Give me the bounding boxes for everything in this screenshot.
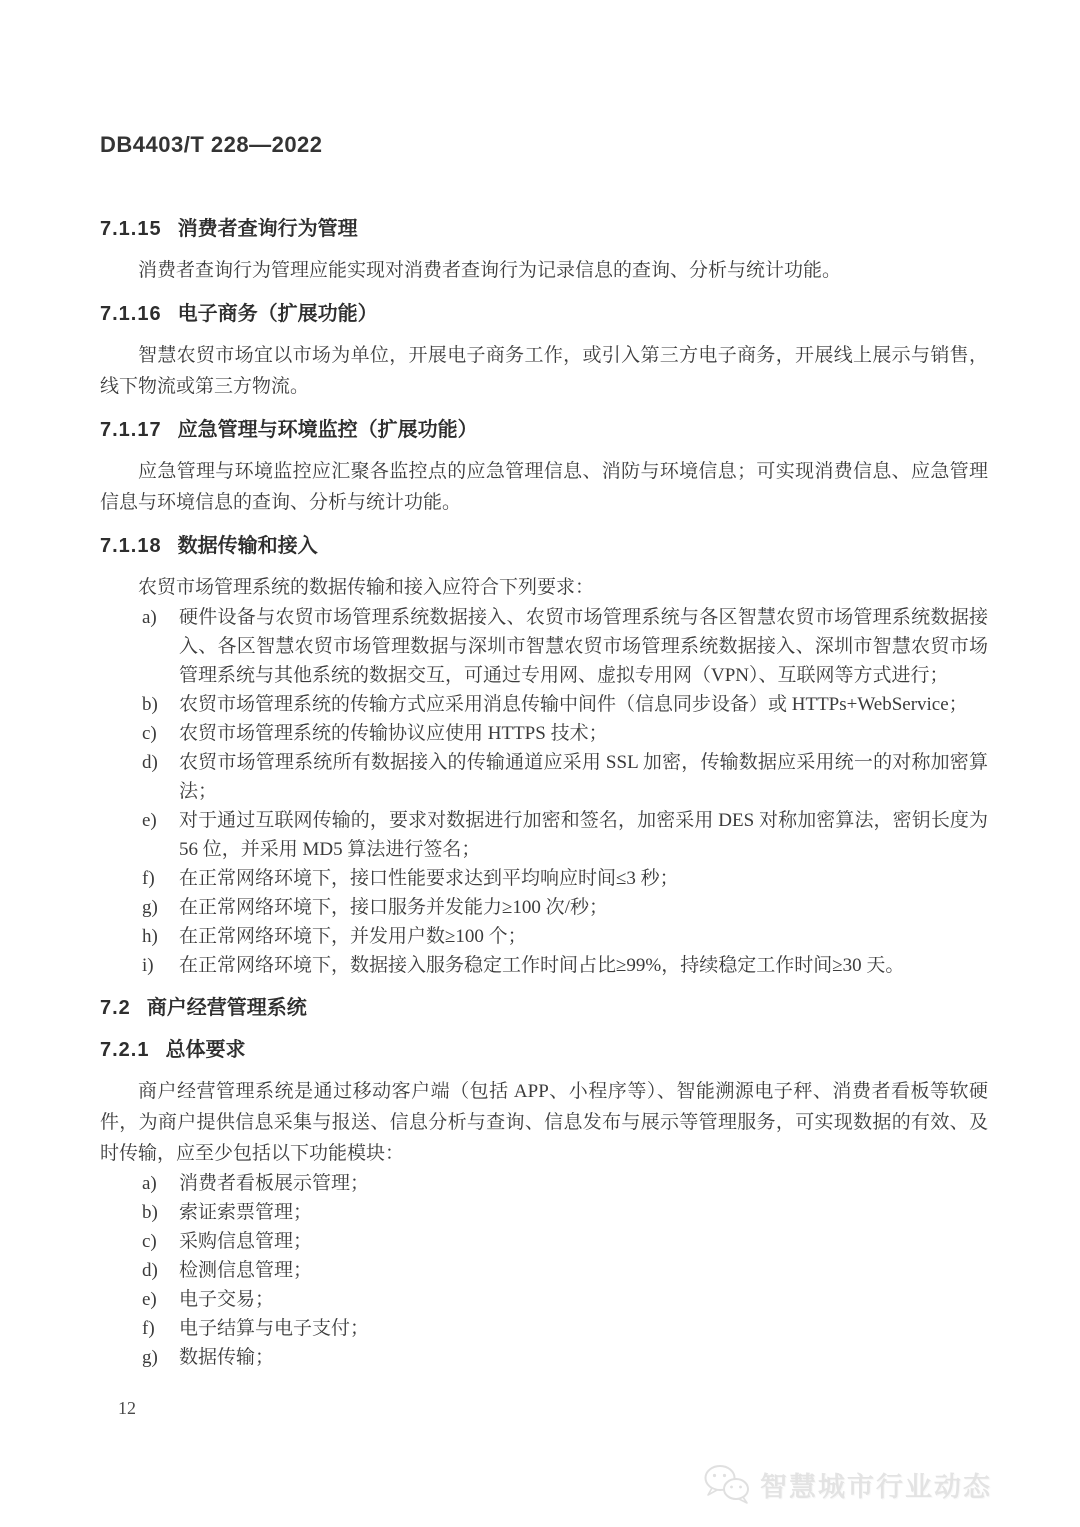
list-item-text: 采购信息管理； bbox=[179, 1231, 312, 1252]
list-item-label: e) bbox=[142, 806, 174, 835]
list-item-c: c)农贸市场管理系统的传输协议应使用 HTTPS 技术； bbox=[142, 719, 988, 748]
list-item-e: e)电子交易； bbox=[142, 1285, 988, 1314]
list-item-d: d)检测信息管理； bbox=[142, 1256, 988, 1285]
paragraph-7-2-1: 商户经营管理系统是通过移动客户端（包括 APP、小程序等）、智能溯源电子秤、消费… bbox=[100, 1076, 988, 1169]
section-number: 7.1.17 bbox=[100, 419, 162, 441]
document-page: DB4403/T 228—2022 7.1.15消费者查询行为管理 消费者查询行… bbox=[0, 0, 1080, 1527]
list-item-text: 硬件设备与农贸市场管理系统数据接入、农贸市场管理系统与各区智慧农贸市场管理系统数… bbox=[179, 607, 988, 686]
section-title: 电子商务（扩展功能） bbox=[178, 303, 378, 325]
list-item-a: a)消费者看板展示管理； bbox=[142, 1169, 988, 1198]
section-heading-7-2: 7.2商户经营管理系统 bbox=[100, 994, 988, 1022]
section-number: 7.1.16 bbox=[100, 303, 162, 325]
list-item-label: i) bbox=[142, 951, 174, 980]
list-item-h: h)在正常网络环境下，并发用户数≥100 个； bbox=[142, 922, 988, 951]
list-item-label: e) bbox=[142, 1285, 174, 1314]
list-item-text: 在正常网络环境下，数据接入服务稳定工作时间占比≥99%，持续稳定工作时间≥30 … bbox=[179, 955, 904, 976]
wechat-icon bbox=[701, 1463, 753, 1505]
list-item-label: a) bbox=[142, 603, 174, 632]
section-heading-7-2-1: 7.2.1总体要求 bbox=[100, 1036, 988, 1064]
section-title: 消费者查询行为管理 bbox=[178, 218, 358, 240]
page-number: 12 bbox=[118, 1398, 136, 1419]
section-number: 7.2 bbox=[100, 997, 131, 1019]
section-title: 总体要求 bbox=[165, 1039, 245, 1061]
list-item-i: i)在正常网络环境下，数据接入服务稳定工作时间占比≥99%，持续稳定工作时间≥3… bbox=[142, 951, 988, 980]
section-heading-7-1-17: 7.1.17应急管理与环境监控（扩展功能） bbox=[100, 416, 988, 444]
paragraph-7-1-17: 应急管理与环境监控应汇聚各监控点的应急管理信息、消防与环境信息；可实现消费信息、… bbox=[100, 456, 988, 518]
list-item-f: f)在正常网络环境下，接口性能要求达到平均响应时间≤3 秒； bbox=[142, 864, 988, 893]
list-item-label: b) bbox=[142, 1198, 174, 1227]
list-item-b: b)索证索票管理； bbox=[142, 1198, 988, 1227]
list-item-e: e)对于通过互联网传输的，要求对数据进行加密和签名，加密采用 DES 对称加密算… bbox=[142, 806, 988, 864]
list-item-b: b)农贸市场管理系统的传输方式应采用消息传输中间件（信息同步设备）或 HTTPs… bbox=[142, 690, 988, 719]
list-item-text: 索证索票管理； bbox=[179, 1202, 312, 1223]
list-item-a: a)硬件设备与农贸市场管理系统数据接入、农贸市场管理系统与各区智慧农贸市场管理系… bbox=[142, 603, 988, 690]
list-item-g: g)在正常网络环境下，接口服务并发能力≥100 次/秒； bbox=[142, 893, 988, 922]
list-item-label: f) bbox=[142, 1314, 174, 1343]
list-item-label: d) bbox=[142, 1256, 174, 1285]
list-item-text: 农贸市场管理系统所有数据接入的传输通道应采用 SSL 加密，传输数据应采用统一的… bbox=[179, 752, 988, 802]
list-item-label: b) bbox=[142, 690, 174, 719]
section-number: 7.1.15 bbox=[100, 218, 162, 240]
section-heading-7-1-15: 7.1.15消费者查询行为管理 bbox=[100, 215, 988, 243]
list-item-f: f)电子结算与电子支付； bbox=[142, 1314, 988, 1343]
watermark: 智慧城市行业动态 bbox=[701, 1463, 992, 1505]
list-item-label: d) bbox=[142, 748, 174, 777]
list-item-text: 农贸市场管理系统的传输协议应使用 HTTPS 技术； bbox=[179, 723, 608, 744]
list-item-label: a) bbox=[142, 1169, 174, 1198]
paragraph-7-1-16: 智慧农贸市场宜以市场为单位，开展电子商务工作，或引入第三方电子商务，开展线上展示… bbox=[100, 340, 988, 402]
section-number: 7.1.18 bbox=[100, 535, 162, 557]
list-item-label: h) bbox=[142, 922, 174, 951]
list-item-text: 在正常网络环境下，接口性能要求达到平均响应时间≤3 秒； bbox=[179, 868, 679, 889]
section-title: 数据传输和接入 bbox=[178, 535, 318, 557]
list-item-text: 电子结算与电子支付； bbox=[179, 1318, 369, 1339]
list-item-text: 检测信息管理； bbox=[179, 1260, 312, 1281]
section-heading-7-1-18: 7.1.18数据传输和接入 bbox=[100, 532, 988, 560]
list-item-label: g) bbox=[142, 1343, 174, 1372]
watermark-label: 智慧城市行业动态 bbox=[760, 1465, 992, 1504]
list-item-c: c)采购信息管理； bbox=[142, 1227, 988, 1256]
list-item-text: 数据传输； bbox=[179, 1347, 274, 1368]
section-number: 7.2.1 bbox=[100, 1039, 149, 1061]
paragraph-7-1-15: 消费者查询行为管理应能实现对消费者查询行为记录信息的查询、分析与统计功能。 bbox=[100, 255, 988, 286]
list-item-text: 在正常网络环境下，接口服务并发能力≥100 次/秒； bbox=[179, 897, 608, 918]
document-content: 7.1.15消费者查询行为管理 消费者查询行为管理应能实现对消费者查询行为记录信… bbox=[100, 215, 988, 1372]
doc-code: DB4403/T 228—2022 bbox=[100, 132, 323, 158]
list-item-g: g)数据传输； bbox=[142, 1343, 988, 1372]
list-item-label: g) bbox=[142, 893, 174, 922]
list-item-d: d)农贸市场管理系统所有数据接入的传输通道应采用 SSL 加密，传输数据应采用统… bbox=[142, 748, 988, 806]
section-heading-7-1-16: 7.1.16电子商务（扩展功能） bbox=[100, 300, 988, 328]
module-list-7-2-1: a)消费者看板展示管理； b)索证索票管理； c)采购信息管理； d)检测信息管… bbox=[100, 1169, 988, 1372]
list-item-text: 对于通过互联网传输的，要求对数据进行加密和签名，加密采用 DES 对称加密算法，… bbox=[179, 810, 988, 860]
list-item-label: c) bbox=[142, 1227, 174, 1256]
list-item-text: 电子交易； bbox=[179, 1289, 274, 1310]
paragraph-7-1-18-intro: 农贸市场管理系统的数据传输和接入应符合下列要求： bbox=[100, 572, 988, 603]
requirement-list-7-1-18: a)硬件设备与农贸市场管理系统数据接入、农贸市场管理系统与各区智慧农贸市场管理系… bbox=[100, 603, 988, 980]
list-item-text: 在正常网络环境下，并发用户数≥100 个； bbox=[179, 926, 527, 947]
list-item-text: 消费者看板展示管理； bbox=[179, 1173, 369, 1194]
list-item-label: c) bbox=[142, 719, 174, 748]
list-item-label: f) bbox=[142, 864, 174, 893]
list-item-text: 农贸市场管理系统的传输方式应采用消息传输中间件（信息同步设备）或 HTTPs+W… bbox=[179, 694, 968, 715]
section-title: 应急管理与环境监控（扩展功能） bbox=[178, 419, 478, 441]
section-title: 商户经营管理系统 bbox=[147, 997, 307, 1019]
